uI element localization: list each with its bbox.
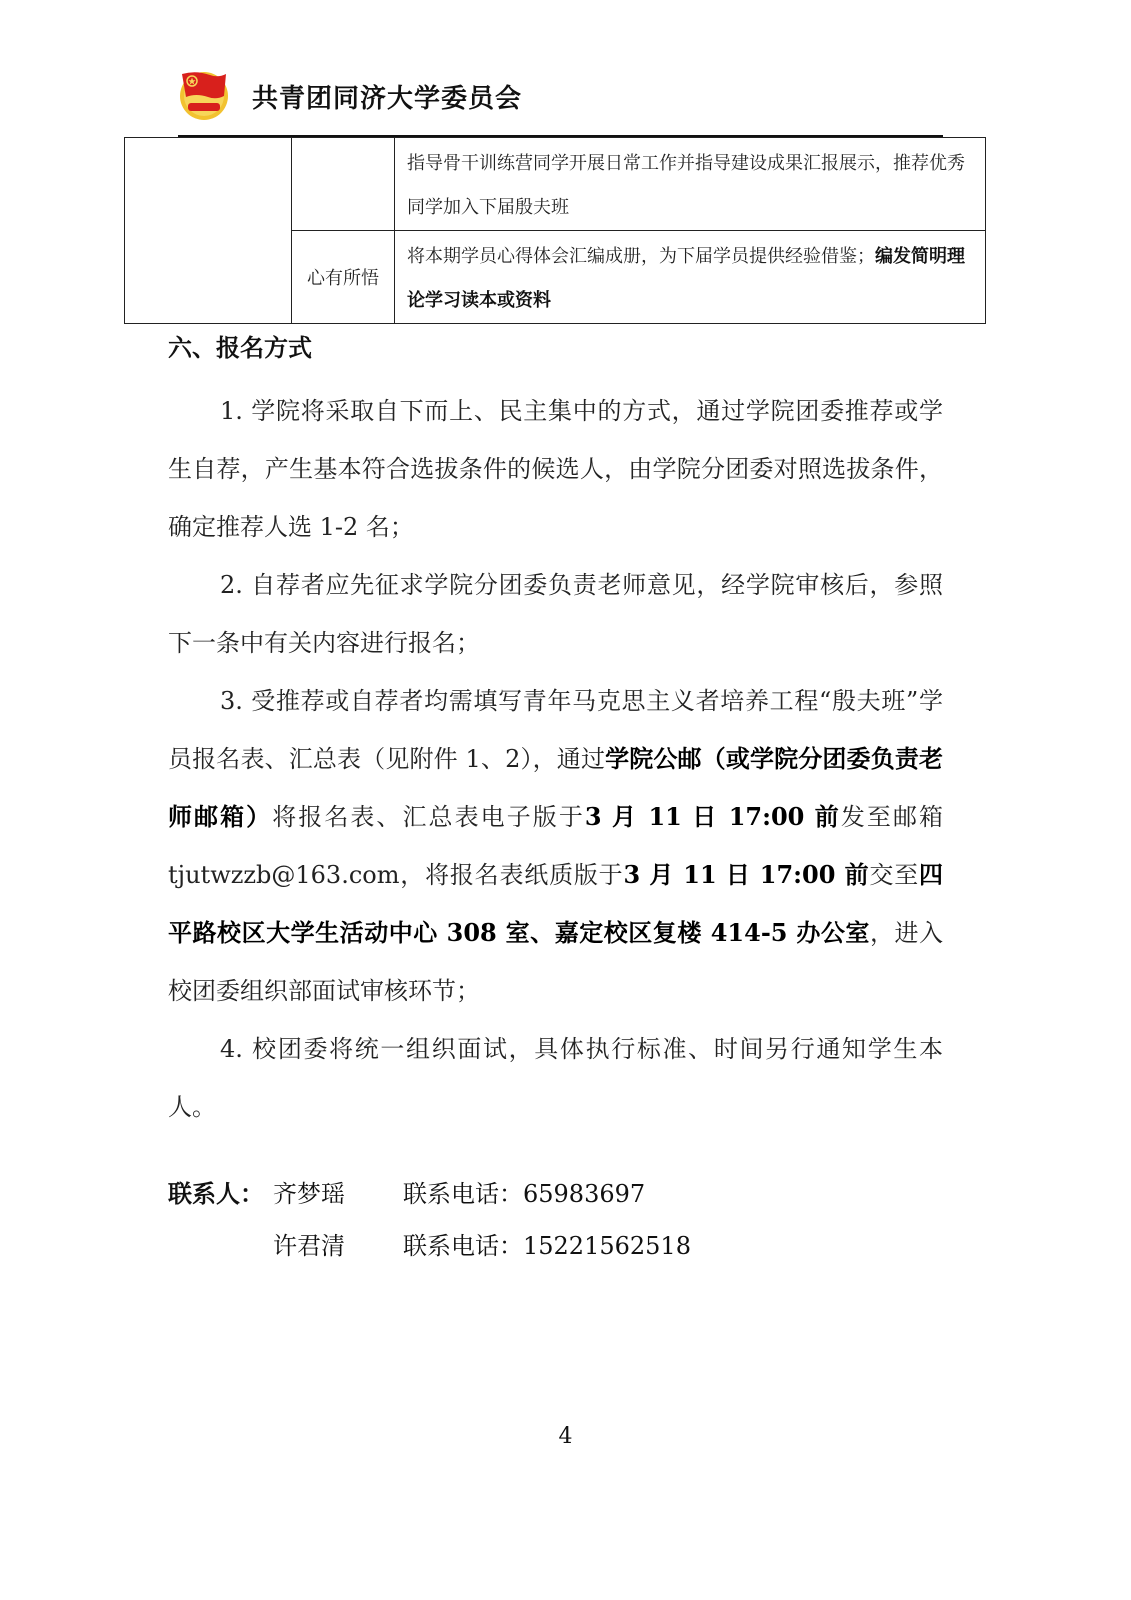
table-cell-item <box>292 138 395 231</box>
table-cell-category <box>125 138 292 324</box>
contact-row: 联系人： 齐梦瑶 联系电话： 65983697 <box>168 1168 691 1220</box>
letterhead: 共青团同济大学委员会 <box>0 0 1131 140</box>
phone-number: 65983697 <box>523 1168 645 1220</box>
contact-row: 许君清 联系电话： 15221562518 <box>168 1220 691 1272</box>
table-cell-item: 心有所悟 <box>292 231 395 324</box>
deadline-text: 3 月 11 日 17:00 前 <box>623 860 869 889</box>
phone-label: 联系电话： <box>403 1220 523 1272</box>
content-text: 将本期学员心得体会汇编成册，为下届学员提供经验借鉴； <box>407 246 875 267</box>
paragraph-3: 3. 受推荐或自荐者均需填写青年马克思主义者培养工程“殷夫班”学员报名表、汇总表… <box>168 672 943 1020</box>
paragraph-text: 将报名表、汇总表电子版于 <box>272 803 585 831</box>
table-cell-content: 将本期学员心得体会汇编成册，为下届学员提供经验借鉴；编发简明理论学习读本或资料 <box>395 231 986 324</box>
contact-name: 许君清 <box>273 1220 403 1272</box>
deadline-text: 3 月 11 日 17:00 前 <box>585 802 841 831</box>
paragraph-text: 2. 自荐者应先征求学院分团委负责老师意见，经学院审核后，参照下一条中有关内容进… <box>168 571 943 657</box>
page-number: 4 <box>0 1424 1131 1449</box>
phone-number: 15221562518 <box>523 1220 691 1272</box>
phone-label: 联系电话： <box>403 1168 523 1220</box>
paragraph-2: 2. 自荐者应先征求学院分团委负责老师意见，经学院审核后，参照下一条中有关内容进… <box>168 556 943 672</box>
communist-youth-league-emblem-icon <box>176 66 232 122</box>
table-cell-content: 指导骨干训练营同学开展日常工作并指导建设成果汇报展示，推荐优秀同学加入下届殷夫班 <box>395 138 986 231</box>
paragraph-text: 1. 学院将采取自下而上、民主集中的方式，通过学院团委推荐或学生自荐，产生基本符… <box>168 397 943 541</box>
contact-label-spacer <box>168 1220 273 1272</box>
contact-name: 齐梦瑶 <box>273 1168 403 1220</box>
section-heading: 六、报名方式 <box>168 328 312 363</box>
paragraph-4: 4. 校团委将统一组织面试，具体执行标准、时间另行通知学生本人。 <box>168 1020 943 1136</box>
paragraph-1: 1. 学院将采取自下而上、民主集中的方式，通过学院团委推荐或学生自荐，产生基本符… <box>168 382 943 556</box>
paragraph-text: 4. 校团委将统一组织面试，具体执行标准、时间另行通知学生本人。 <box>168 1035 943 1121</box>
table-row: 指导骨干训练营同学开展日常工作并指导建设成果汇报展示，推荐优秀同学加入下届殷夫班 <box>125 138 986 231</box>
paragraph-text: 交至 <box>869 861 919 889</box>
contact-label: 联系人： <box>168 1168 273 1220</box>
contact-info: 联系人： 齐梦瑶 联系电话： 65983697 许君清 联系电话： 152215… <box>168 1168 691 1272</box>
plan-table: 指导骨干训练营同学开展日常工作并指导建设成果汇报展示，推荐优秀同学加入下届殷夫班… <box>124 137 986 324</box>
content-text: 指导骨干训练营同学开展日常工作并指导建设成果汇报展示，推荐优秀同学加入下届殷夫班 <box>407 153 965 218</box>
organization-title: 共青团同济大学委员会 <box>252 78 522 115</box>
registration-instructions: 1. 学院将采取自下而上、民主集中的方式，通过学院团委推荐或学生自荐，产生基本符… <box>168 382 943 1136</box>
